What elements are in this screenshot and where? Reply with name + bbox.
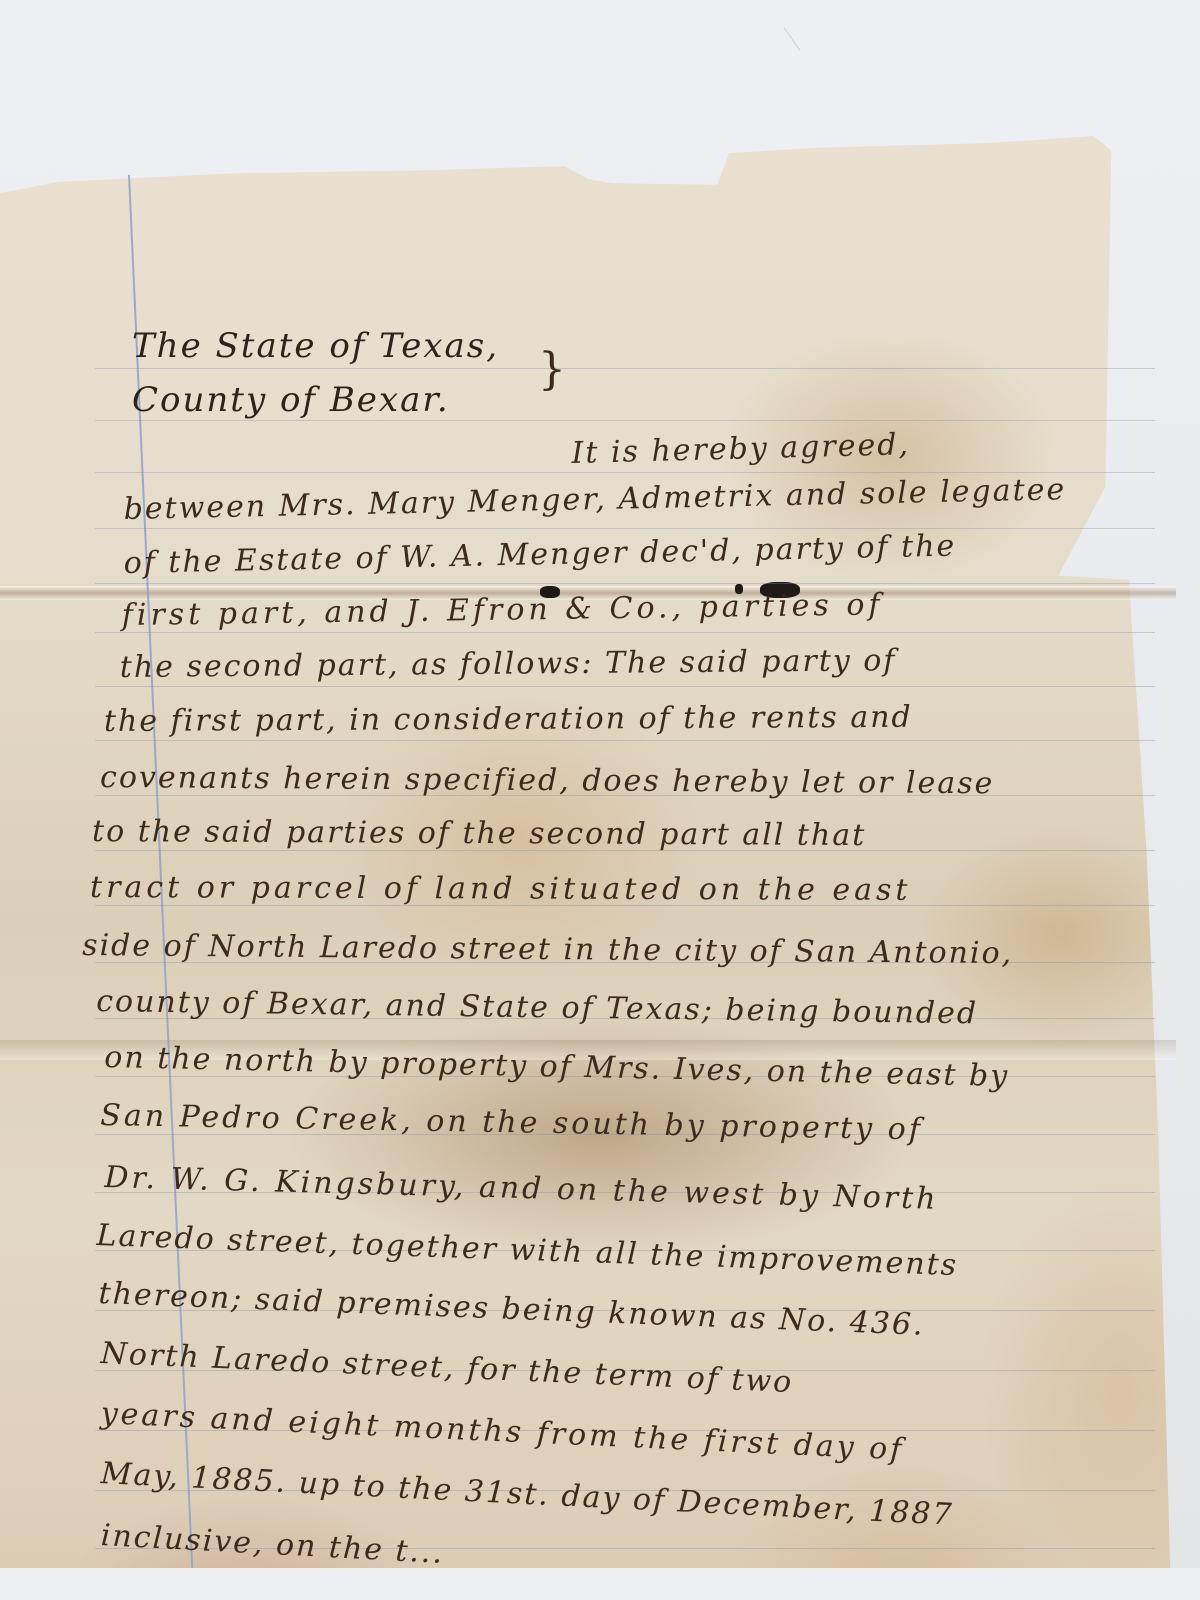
ruled-line bbox=[95, 420, 1155, 421]
ruled-line bbox=[95, 528, 1155, 529]
ruled-line bbox=[95, 632, 1155, 633]
heading-state: The State of Texas, bbox=[132, 326, 499, 366]
heading-county: County of Bexar. bbox=[132, 380, 450, 420]
body-line: covenants herein specified, does hereby … bbox=[100, 760, 994, 801]
ruled-line bbox=[95, 740, 1155, 741]
body-line: the second part, as follows: The said pa… bbox=[120, 643, 897, 685]
ruled-line bbox=[95, 368, 1155, 369]
desk-scratch-mark bbox=[769, 27, 801, 61]
body-line: tract or parcel of land situated on the … bbox=[90, 870, 912, 908]
ruled-line bbox=[95, 583, 1155, 584]
heading-brace-mark: } bbox=[538, 344, 566, 395]
body-line: to the said parties of the second part a… bbox=[92, 814, 866, 853]
ruled-line bbox=[95, 686, 1155, 687]
body-line: the first part, in consideration of the … bbox=[104, 700, 913, 739]
